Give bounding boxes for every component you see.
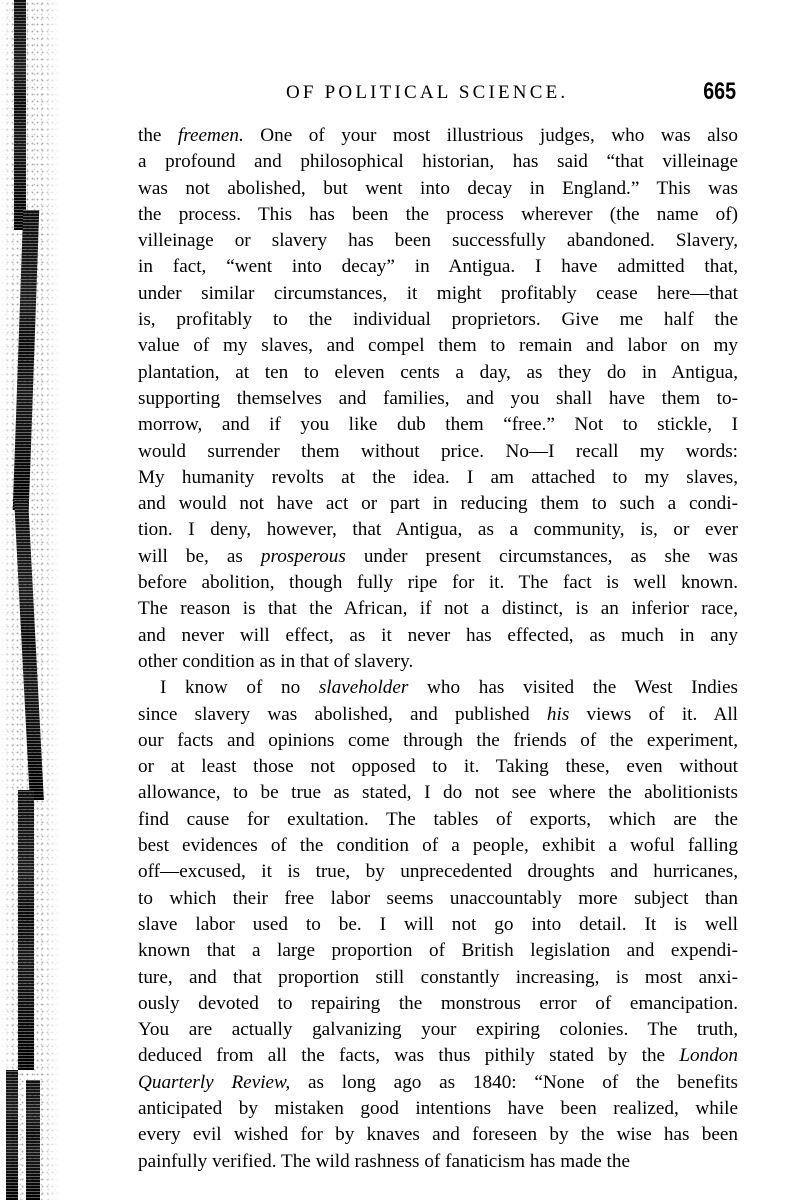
text-run: under present circumstances, as she was	[346, 546, 738, 567]
text-line: is, profitably to the individual proprie…	[138, 307, 738, 333]
running-title: OF POLITICAL SCIENCE.	[286, 82, 568, 104]
text-line: You are actually galvanizing your expiri…	[138, 1017, 738, 1043]
text-line: I know of no slaveholder who has visited…	[138, 675, 738, 701]
text-run: or at least those not opposed to it. Tak…	[138, 756, 738, 777]
text-line: since slavery was abolished, and publish…	[138, 702, 738, 728]
text-run: plantation, at ten to eleven cents a day…	[138, 362, 738, 383]
text-line: off—excused, it is true, by unprecedente…	[138, 859, 738, 885]
text-run: and never will effect, as it never has e…	[138, 625, 738, 646]
text-line: value of my slaves, and compel them to r…	[138, 333, 738, 359]
text-run: would surrender them without price. No—I…	[138, 441, 738, 462]
text-line: or at least those not opposed to it. Tak…	[138, 754, 738, 780]
text-run: ously devoted to repairing the monstrous…	[138, 993, 738, 1014]
text-line: painfully verified. The wild rashness of…	[138, 1149, 738, 1175]
text-line: best evidences of the condition of a peo…	[138, 833, 738, 859]
text-line: ture, and that proportion still constant…	[138, 965, 738, 991]
text-line: a profound and philosophical historian, …	[138, 149, 738, 175]
paragraph: the freemen. One of your most illustriou…	[138, 123, 738, 675]
body-text: the freemen. One of your most illustriou…	[138, 123, 738, 1175]
text-run: off—excused, it is true, by unprecedente…	[138, 861, 738, 882]
text-run: anticipated by mistaken good intentions …	[138, 1098, 738, 1119]
text-line: morrow, and if you like dub them “free.”…	[138, 412, 738, 438]
text-line: in fact, “went into decay” in Antigua. I…	[138, 254, 738, 280]
text-line: The reason is that the African, if not a…	[138, 596, 738, 622]
text-run: supporting themselves and families, and …	[138, 388, 738, 409]
text-run: before abolition, though fully ripe for …	[138, 572, 738, 593]
text-line: anticipated by mistaken good intentions …	[138, 1096, 738, 1122]
italic-text: slaveholder	[319, 677, 409, 698]
text-run: since slavery was abolished, and publish…	[138, 704, 547, 725]
text-line: Quarterly Review, as long ago as 1840: “…	[138, 1070, 738, 1096]
text-line: other condition as in that of slavery.	[138, 649, 738, 675]
text-line: would surrender them without price. No—I…	[138, 439, 738, 465]
text-run: was not abolished, but went into decay i…	[138, 178, 738, 199]
text-line: find cause for exultation. The tables of…	[138, 807, 738, 833]
scanned-binding-edge	[0, 0, 70, 1200]
text-run: villeinage or slavery has been successfu…	[138, 230, 738, 251]
text-line: was not abolished, but went into decay i…	[138, 176, 738, 202]
text-line: our facts and opinions come through the …	[138, 728, 738, 754]
text-run: known that a large proportion of British…	[138, 940, 738, 961]
text-line: My humanity revolts at the idea. I am at…	[138, 465, 738, 491]
text-run: allowance, to be true as stated, I do no…	[138, 782, 738, 803]
paragraph: I know of no slaveholder who has visited…	[138, 675, 738, 1175]
text-run: as long ago as 1840: “None of the benefi…	[290, 1072, 738, 1093]
text-line: every evil wished for by knaves and fore…	[138, 1122, 738, 1148]
text-line: will be, as prosperous under present cir…	[138, 544, 738, 570]
italic-text: freemen.	[178, 125, 244, 146]
text-line: the freemen. One of your most illustriou…	[138, 123, 738, 149]
text-run: is, profitably to the individual proprie…	[138, 309, 738, 330]
text-line: and never will effect, as it never has e…	[138, 623, 738, 649]
text-line: to which their free labor seems unaccoun…	[138, 886, 738, 912]
text-run: deduced from all the facts, was thus pit…	[138, 1045, 679, 1066]
text-run: morrow, and if you like dub them “free.”…	[138, 414, 738, 435]
text-run: under similar circumstances, it might pr…	[138, 283, 738, 304]
text-run: I know of no	[160, 677, 319, 698]
text-line: villeinage or slavery has been successfu…	[138, 228, 738, 254]
text-line: known that a large proportion of British…	[138, 938, 738, 964]
text-run: value of my slaves, and compel them to r…	[138, 335, 738, 356]
text-run: One of your most illustrious judges, who…	[244, 125, 738, 146]
italic-text: prosperous	[261, 546, 346, 567]
text-line: supporting themselves and families, and …	[138, 386, 738, 412]
text-line: deduced from all the facts, was thus pit…	[138, 1043, 738, 1069]
running-header: OF POLITICAL SCIENCE. 665	[138, 82, 738, 112]
text-run: who has visited the West Indies	[408, 677, 738, 698]
text-run: a profound and philosophical historian, …	[138, 151, 738, 172]
text-run: The reason is that the African, if not a…	[138, 598, 738, 619]
text-line: the process. This has been the process w…	[138, 202, 738, 228]
text-run: tion. I deny, however, that Antigua, as …	[138, 519, 738, 540]
text-run: painfully verified. The wild rashness of…	[138, 1151, 630, 1172]
text-line: before abolition, though fully ripe for …	[138, 570, 738, 596]
text-run: the process. This has been the process w…	[138, 204, 738, 225]
text-line: allowance, to be true as stated, I do no…	[138, 780, 738, 806]
text-line: slave labor used to be. I will not go in…	[138, 912, 738, 938]
text-run: best evidences of the condition of a peo…	[138, 835, 738, 856]
text-line: tion. I deny, however, that Antigua, as …	[138, 517, 738, 543]
italic-text: Quarterly Review,	[138, 1072, 290, 1093]
scan-noise	[0, 0, 60, 1200]
text-run: slave labor used to be. I will not go in…	[138, 914, 738, 935]
text-run: to which their free labor seems unaccoun…	[138, 888, 738, 909]
text-run: and would not have act or part in reduci…	[138, 493, 738, 514]
text-line: and would not have act or part in reduci…	[138, 491, 738, 517]
text-run: our facts and opinions come through the …	[138, 730, 738, 751]
text-run: views of it. All	[569, 704, 738, 725]
text-run: My humanity revolts at the idea. I am at…	[138, 467, 738, 488]
text-run: find cause for exultation. The tables of…	[138, 809, 738, 830]
text-run: every evil wished for by knaves and fore…	[138, 1124, 738, 1145]
text-line: ously devoted to repairing the monstrous…	[138, 991, 738, 1017]
text-run: You are actually galvanizing your expiri…	[138, 1019, 738, 1040]
text-run: in fact, “went into decay” in Antigua. I…	[138, 256, 738, 277]
text-run: will be, as	[138, 546, 261, 567]
text-line: under similar circumstances, it might pr…	[138, 281, 738, 307]
text-line: plantation, at ten to eleven cents a day…	[138, 360, 738, 386]
text-run: ture, and that proportion still constant…	[138, 967, 738, 988]
italic-text: London	[679, 1045, 738, 1066]
page-number: 665	[703, 78, 736, 106]
text-run: other condition as in that of slavery.	[138, 651, 413, 672]
text-run: the	[138, 125, 178, 146]
italic-text: his	[547, 704, 569, 725]
